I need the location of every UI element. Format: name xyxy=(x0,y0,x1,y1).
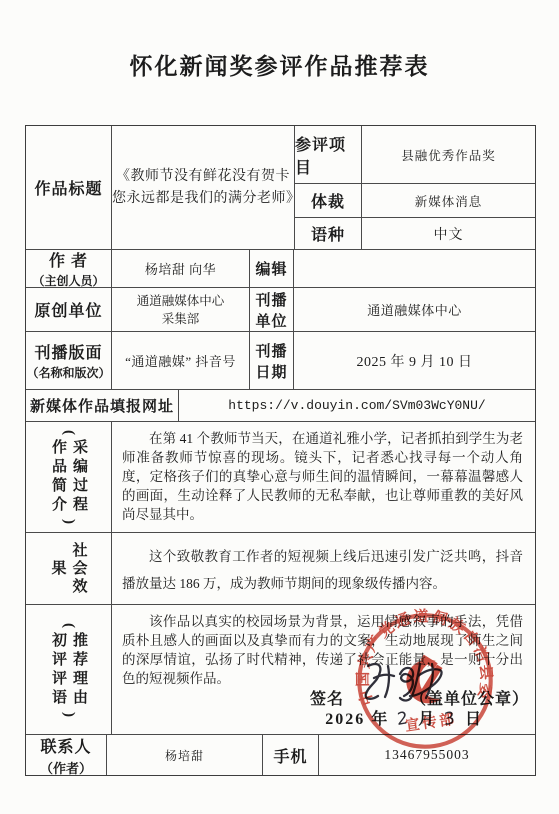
bracket-top: ( xyxy=(64,623,73,628)
publish-unit-label: 刊播 单位 xyxy=(249,288,293,331)
genre-value: 新媒体消息 xyxy=(361,184,535,217)
social-text-cell: 这个致敬教育工作者的短视频上线后迅速引发广泛共鸣，抖音播放量达 186 万，成为… xyxy=(111,533,535,604)
author-label-line2: （主创人员） xyxy=(32,272,104,289)
work-title-value: 《教师节没有鲜花没有贺卡 您永远都是我们的满分老师》 xyxy=(111,126,294,249)
review-date: 2026 年 2 月 3 日 xyxy=(325,710,483,729)
publish-page-label-line2: （名称和版次） xyxy=(26,364,110,381)
row-social: 社会效果 这个致敬教育工作者的短视频上线后迅速引发广泛共鸣，抖音播放量达 186… xyxy=(26,532,535,604)
publish-unit-label-line2: 单位 xyxy=(255,310,287,331)
publish-unit-value: 通道融媒体中心 xyxy=(293,288,535,331)
social-label-cell: 社会效果 xyxy=(26,533,111,604)
entry-category-value: 县融优秀作品奖 xyxy=(361,126,535,183)
bracket-bottom: ) xyxy=(64,712,73,717)
sign-label: 签名 xyxy=(310,690,344,709)
review-text: 该作品以真实的校园场景为背景，运用情感叙事的手法，凭借质朴且感人的画面以及真挚而… xyxy=(122,612,523,688)
contact-label: 联系人 （作者） xyxy=(26,735,106,775)
contact-value: 杨培甜 xyxy=(106,735,262,775)
author-label-line1: 作 者 xyxy=(49,248,88,271)
publish-page-label-line1: 刊播版面 xyxy=(34,340,102,363)
original-unit-value: 通道融媒体中心 采集部 xyxy=(111,288,249,331)
author-label: 作 者 （主创人员） xyxy=(26,250,111,287)
scanned-form-page: 怀化新闻奖参评作品推荐表 作品标题 《教师节没有鲜花没有贺卡 您永远都是我们的满… xyxy=(0,0,559,814)
date-day-handwritten: 3 xyxy=(444,709,458,730)
review-label-col2: 推荐理由 xyxy=(69,632,89,708)
contact-label-line2: （作者） xyxy=(40,758,92,777)
entry-category-row: 参评项目 县融优秀作品奖 xyxy=(295,126,535,183)
url-label: 新媒体作品填报网址 xyxy=(26,390,178,421)
row-intro: ( 作品简介 采编过程 ) 在第 41 个教师节当天，在通道礼雅小学，记者抓拍到… xyxy=(26,421,535,532)
review-label: ( 初评评语 推荐理由 ) xyxy=(26,605,111,734)
social-text: 这个致敬教育工作者的短视频上线后迅速引发广泛共鸣，抖音播放量达 186 万，成为… xyxy=(122,543,523,597)
intro-text: 在第 41 个教师节当天，在通道礼雅小学，记者抓拍到学生为老师准备教师节惊喜的现… xyxy=(122,429,523,524)
date-day-label: 日 xyxy=(465,711,483,728)
seal-note: （盖单位公章） xyxy=(410,690,529,709)
row-contact: 联系人 （作者） 杨培甜 手机 13467955003 xyxy=(26,734,535,775)
intro-label-col1: 作品简介 xyxy=(48,439,68,515)
original-unit-line2: 采集部 xyxy=(137,310,225,328)
category-block: 参评项目 县融优秀作品奖 体裁 新媒体消息 语种 中文 xyxy=(294,126,535,249)
date-month-handwritten: 2 xyxy=(397,709,411,730)
editor-value xyxy=(293,250,535,287)
publish-date-label: 刊播 日期 xyxy=(249,332,293,389)
review-label-col1: 初评评语 xyxy=(48,632,68,708)
row-publish-page: 刊播版面 （名称和版次） “通道融媒” 抖音号 刊播 日期 2025 年 9 月… xyxy=(26,331,535,389)
publish-unit-label-line1: 刊播 xyxy=(255,289,287,310)
publish-page-value: “通道融媒” 抖音号 xyxy=(111,332,249,389)
original-unit-label: 原创单位 xyxy=(26,288,111,331)
publish-date-label-line2: 日期 xyxy=(255,361,287,382)
publish-page-label: 刊播版面 （名称和版次） xyxy=(26,332,111,389)
date-month-label: 月 xyxy=(418,711,436,728)
bracket-top: ( xyxy=(64,430,73,435)
url-value: https://v.douyin.com/SVm03WcY0NU/ xyxy=(178,390,535,421)
phone-value: 13467955003 xyxy=(318,735,535,775)
social-label: 社会效果 xyxy=(48,533,90,604)
intro-label: ( 作品简介 采编过程 ) xyxy=(26,422,111,532)
row-review: ( 初评评语 推荐理由 ) 该作品以真实的校园场景为背景，运用情感叙事的手法，凭… xyxy=(26,604,535,734)
phone-label: 手机 xyxy=(262,735,318,775)
row-author: 作 者 （主创人员） 杨培甜 向华 编辑 xyxy=(26,249,535,287)
row-original-unit: 原创单位 通道融媒体中心 采集部 刊播 单位 通道融媒体中心 xyxy=(26,287,535,331)
intro-text-cell: 在第 41 个教师节当天，在通道礼雅小学，记者抓拍到学生为老师准备教师节惊喜的现… xyxy=(111,422,535,532)
date-year: 2026 年 xyxy=(325,711,389,728)
recommendation-table: 作品标题 《教师节没有鲜花没有贺卡 您永远都是我们的满分老师》 参评项目 县融优… xyxy=(25,125,536,776)
row-work-title: 作品标题 《教师节没有鲜花没有贺卡 您永远都是我们的满分老师》 参评项目 县融优… xyxy=(26,126,535,249)
genre-label: 体裁 xyxy=(295,184,361,217)
work-title-label: 作品标题 xyxy=(26,126,111,249)
review-text-cell: 该作品以真实的校园场景为背景，运用情感叙事的手法，凭借质朴且感人的画面以及真挚而… xyxy=(111,605,535,734)
entry-category-label: 参评项目 xyxy=(295,126,361,183)
publish-date-label-line1: 刊播 xyxy=(255,340,287,361)
row-url: 新媒体作品填报网址 https://v.douyin.com/SVm03WcY0… xyxy=(26,389,535,421)
author-value: 杨培甜 向华 xyxy=(111,250,249,287)
bracket-bottom: ) xyxy=(64,519,73,524)
language-row: 语种 中文 xyxy=(295,217,535,249)
original-unit-line1: 通道融媒体中心 xyxy=(137,292,225,310)
work-title-line2: 您永远都是我们的满分老师》 xyxy=(112,188,294,210)
language-value: 中文 xyxy=(361,218,535,249)
intro-label-col2: 采编过程 xyxy=(69,439,89,515)
publish-date-value: 2025 年 9 月 10 日 xyxy=(293,332,535,389)
editor-label: 编辑 xyxy=(249,250,293,287)
page-title: 怀化新闻奖参评作品推荐表 xyxy=(0,48,559,81)
genre-row: 体裁 新媒体消息 xyxy=(295,183,535,217)
contact-label-line1: 联系人 xyxy=(40,734,91,757)
language-label: 语种 xyxy=(295,218,361,249)
work-title-line1: 《教师节没有鲜花没有贺卡 xyxy=(112,166,294,188)
